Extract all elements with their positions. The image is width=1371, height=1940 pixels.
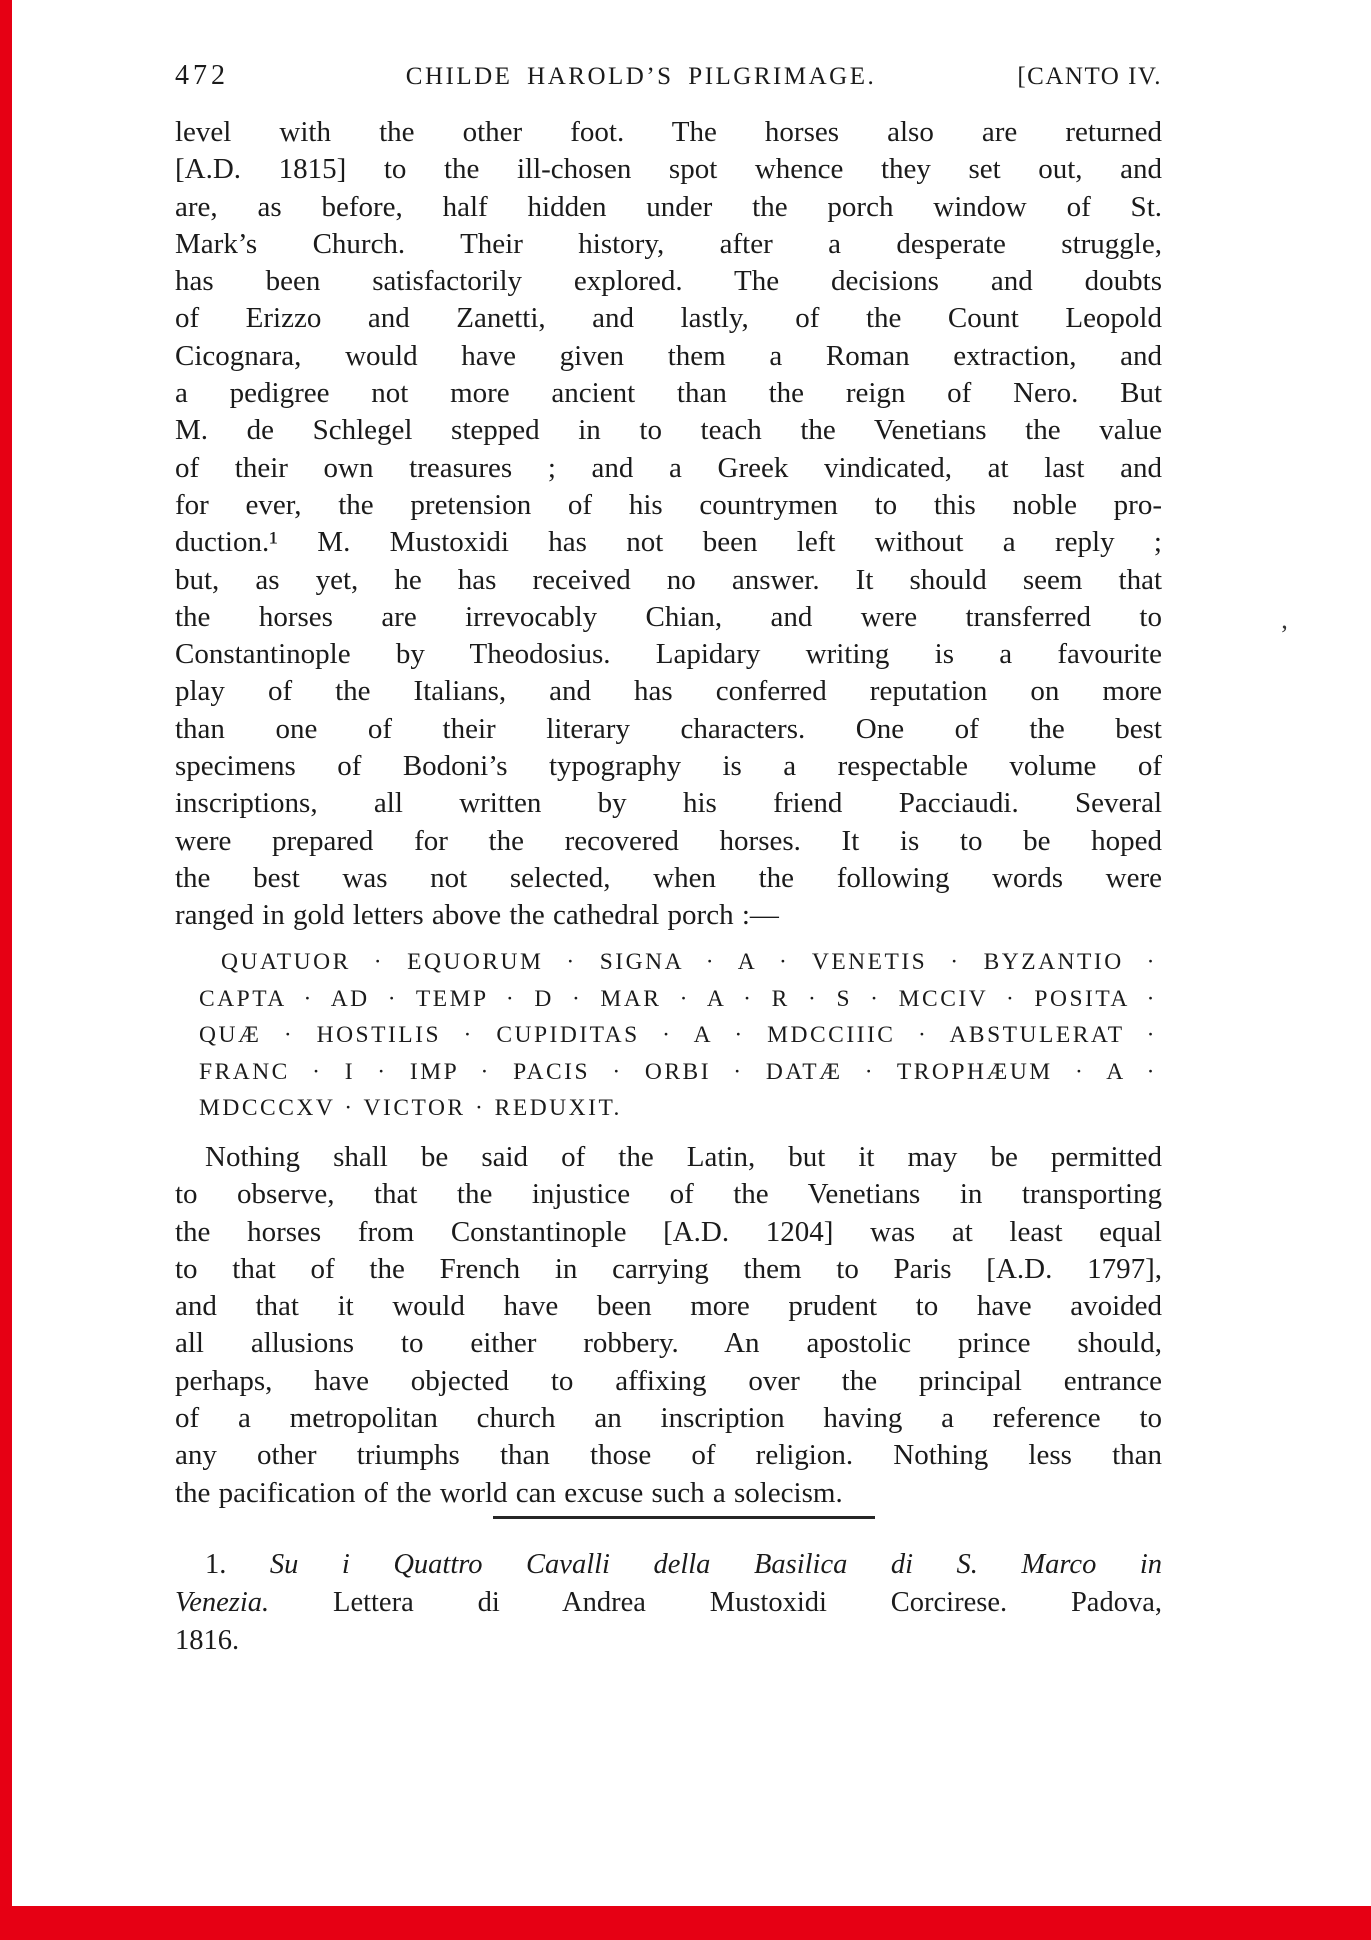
text-line: all allusions to either robbery. An apos… bbox=[175, 1325, 1162, 1362]
book-page: 472 CHILDE HAROLD’S PILGRIMAGE. [CANTO I… bbox=[0, 0, 1371, 1940]
text-line: than one of their literary characters. O… bbox=[175, 711, 1162, 748]
footnote: 1. Su i Quattro Cavalli della Basilica d… bbox=[175, 1546, 1162, 1660]
text-line: a pedigree not more ancient than the rei… bbox=[175, 375, 1162, 412]
text-line: level with the other foot. The horses al… bbox=[175, 114, 1162, 151]
text-line: ranged in gold letters above the cathedr… bbox=[175, 897, 1162, 934]
text-segment: 1. bbox=[205, 1549, 270, 1580]
text-line: QUATUOR · EQUORUM · SIGNA · A · VENETIS … bbox=[199, 944, 1157, 981]
text-line: to observe, that the injustice of the Ve… bbox=[175, 1176, 1162, 1213]
italic-text-segment: Su i Quattro Cavalli della Basilica di S… bbox=[270, 1549, 1162, 1580]
text-line: play of the Italians, and has conferred … bbox=[175, 673, 1162, 710]
text-line: MDCCCXV · VICTOR · REDUXIT. bbox=[199, 1090, 1157, 1127]
text-line: has been satisfactorily explored. The de… bbox=[175, 263, 1162, 300]
text-line: of a metropolitan church an inscription … bbox=[175, 1400, 1162, 1437]
paragraph-second: Nothing shall be said of the Latin, but … bbox=[175, 1139, 1162, 1512]
scan-edge-left-red-strip bbox=[0, 0, 12, 1940]
text-segment: Lettera di Andrea Mustoxidi Corcirese. P… bbox=[269, 1587, 1162, 1618]
text-line: Constantinople by Theodosius. Lapidary w… bbox=[175, 636, 1162, 673]
running-header: 472 CHILDE HAROLD’S PILGRIMAGE. [CANTO I… bbox=[175, 60, 1162, 92]
canto-label: [CANTO IV. bbox=[947, 63, 1162, 91]
text-line: the horses are irrevocably Chian, and we… bbox=[175, 599, 1162, 636]
latin-inscription-block: QUATUOR · EQUORUM · SIGNA · A · VENETIS … bbox=[199, 944, 1157, 1127]
text-line: Cicognara, would have given them a Roman… bbox=[175, 338, 1162, 375]
text-line: to that of the French in carrying them t… bbox=[175, 1251, 1162, 1288]
text-line: CAPTA · AD · TEMP · D · MAR · A · R · S … bbox=[199, 981, 1157, 1018]
italic-text-segment: Venezia. bbox=[175, 1587, 269, 1618]
scan-edge-bottom-red-strip bbox=[0, 1906, 1371, 1940]
text-line: for ever, the pretension of his countrym… bbox=[175, 487, 1162, 524]
text-line: M. de Schlegel stepped in to teach the V… bbox=[175, 412, 1162, 449]
text-line: and that it would have been more prudent… bbox=[175, 1288, 1162, 1325]
text-line: the best was not selected, when the foll… bbox=[175, 860, 1162, 897]
running-title: CHILDE HAROLD’S PILGRIMAGE. bbox=[335, 63, 947, 91]
text-line: 1816. bbox=[175, 1622, 1162, 1660]
text-line: of Erizzo and Zanetti, and lastly, of th… bbox=[175, 300, 1162, 337]
text-line: [A.D. 1815] to the ill-chosen spot whenc… bbox=[175, 151, 1162, 188]
margin-speck-mark: ’ bbox=[1280, 620, 1289, 650]
text-line: perhaps, have objected to affixing over … bbox=[175, 1363, 1162, 1400]
text-line: the horses from Constantinople [A.D. 120… bbox=[175, 1214, 1162, 1251]
text-line: were prepared for the recovered horses. … bbox=[175, 823, 1162, 860]
text-segment: 1816. bbox=[175, 1625, 239, 1656]
text-line: of their own treasures ; and a Greek vin… bbox=[175, 450, 1162, 487]
text-line: 1. Su i Quattro Cavalli della Basilica d… bbox=[175, 1546, 1162, 1584]
text-line: specimens of Bodoni’s typography is a re… bbox=[175, 748, 1162, 785]
text-line: any other triumphs than those of religio… bbox=[175, 1437, 1162, 1474]
footnote-separator-rule bbox=[493, 1516, 875, 1519]
text-line: inscriptions, all written by his friend … bbox=[175, 785, 1162, 822]
paragraph-main: level with the other foot. The horses al… bbox=[175, 114, 1162, 935]
text-line: Mark’s Church. Their history, after a de… bbox=[175, 226, 1162, 263]
text-line: are, as before, half hidden under the po… bbox=[175, 189, 1162, 226]
page-number: 472 bbox=[175, 60, 335, 92]
text-line: duction.¹ M. Mustoxidi has not been left… bbox=[175, 524, 1162, 561]
text-line: the pacification of the world can excuse… bbox=[175, 1475, 1162, 1512]
text-line: FRANC · I · IMP · PACIS · ORBI · DATÆ · … bbox=[199, 1054, 1157, 1091]
text-line: Venezia. Lettera di Andrea Mustoxidi Cor… bbox=[175, 1584, 1162, 1622]
text-line: Nothing shall be said of the Latin, but … bbox=[175, 1139, 1162, 1176]
text-line: but, as yet, he has received no answer. … bbox=[175, 562, 1162, 599]
text-line: QUÆ · HOSTILIS · CUPIDITAS · A · MDCCIII… bbox=[199, 1017, 1157, 1054]
